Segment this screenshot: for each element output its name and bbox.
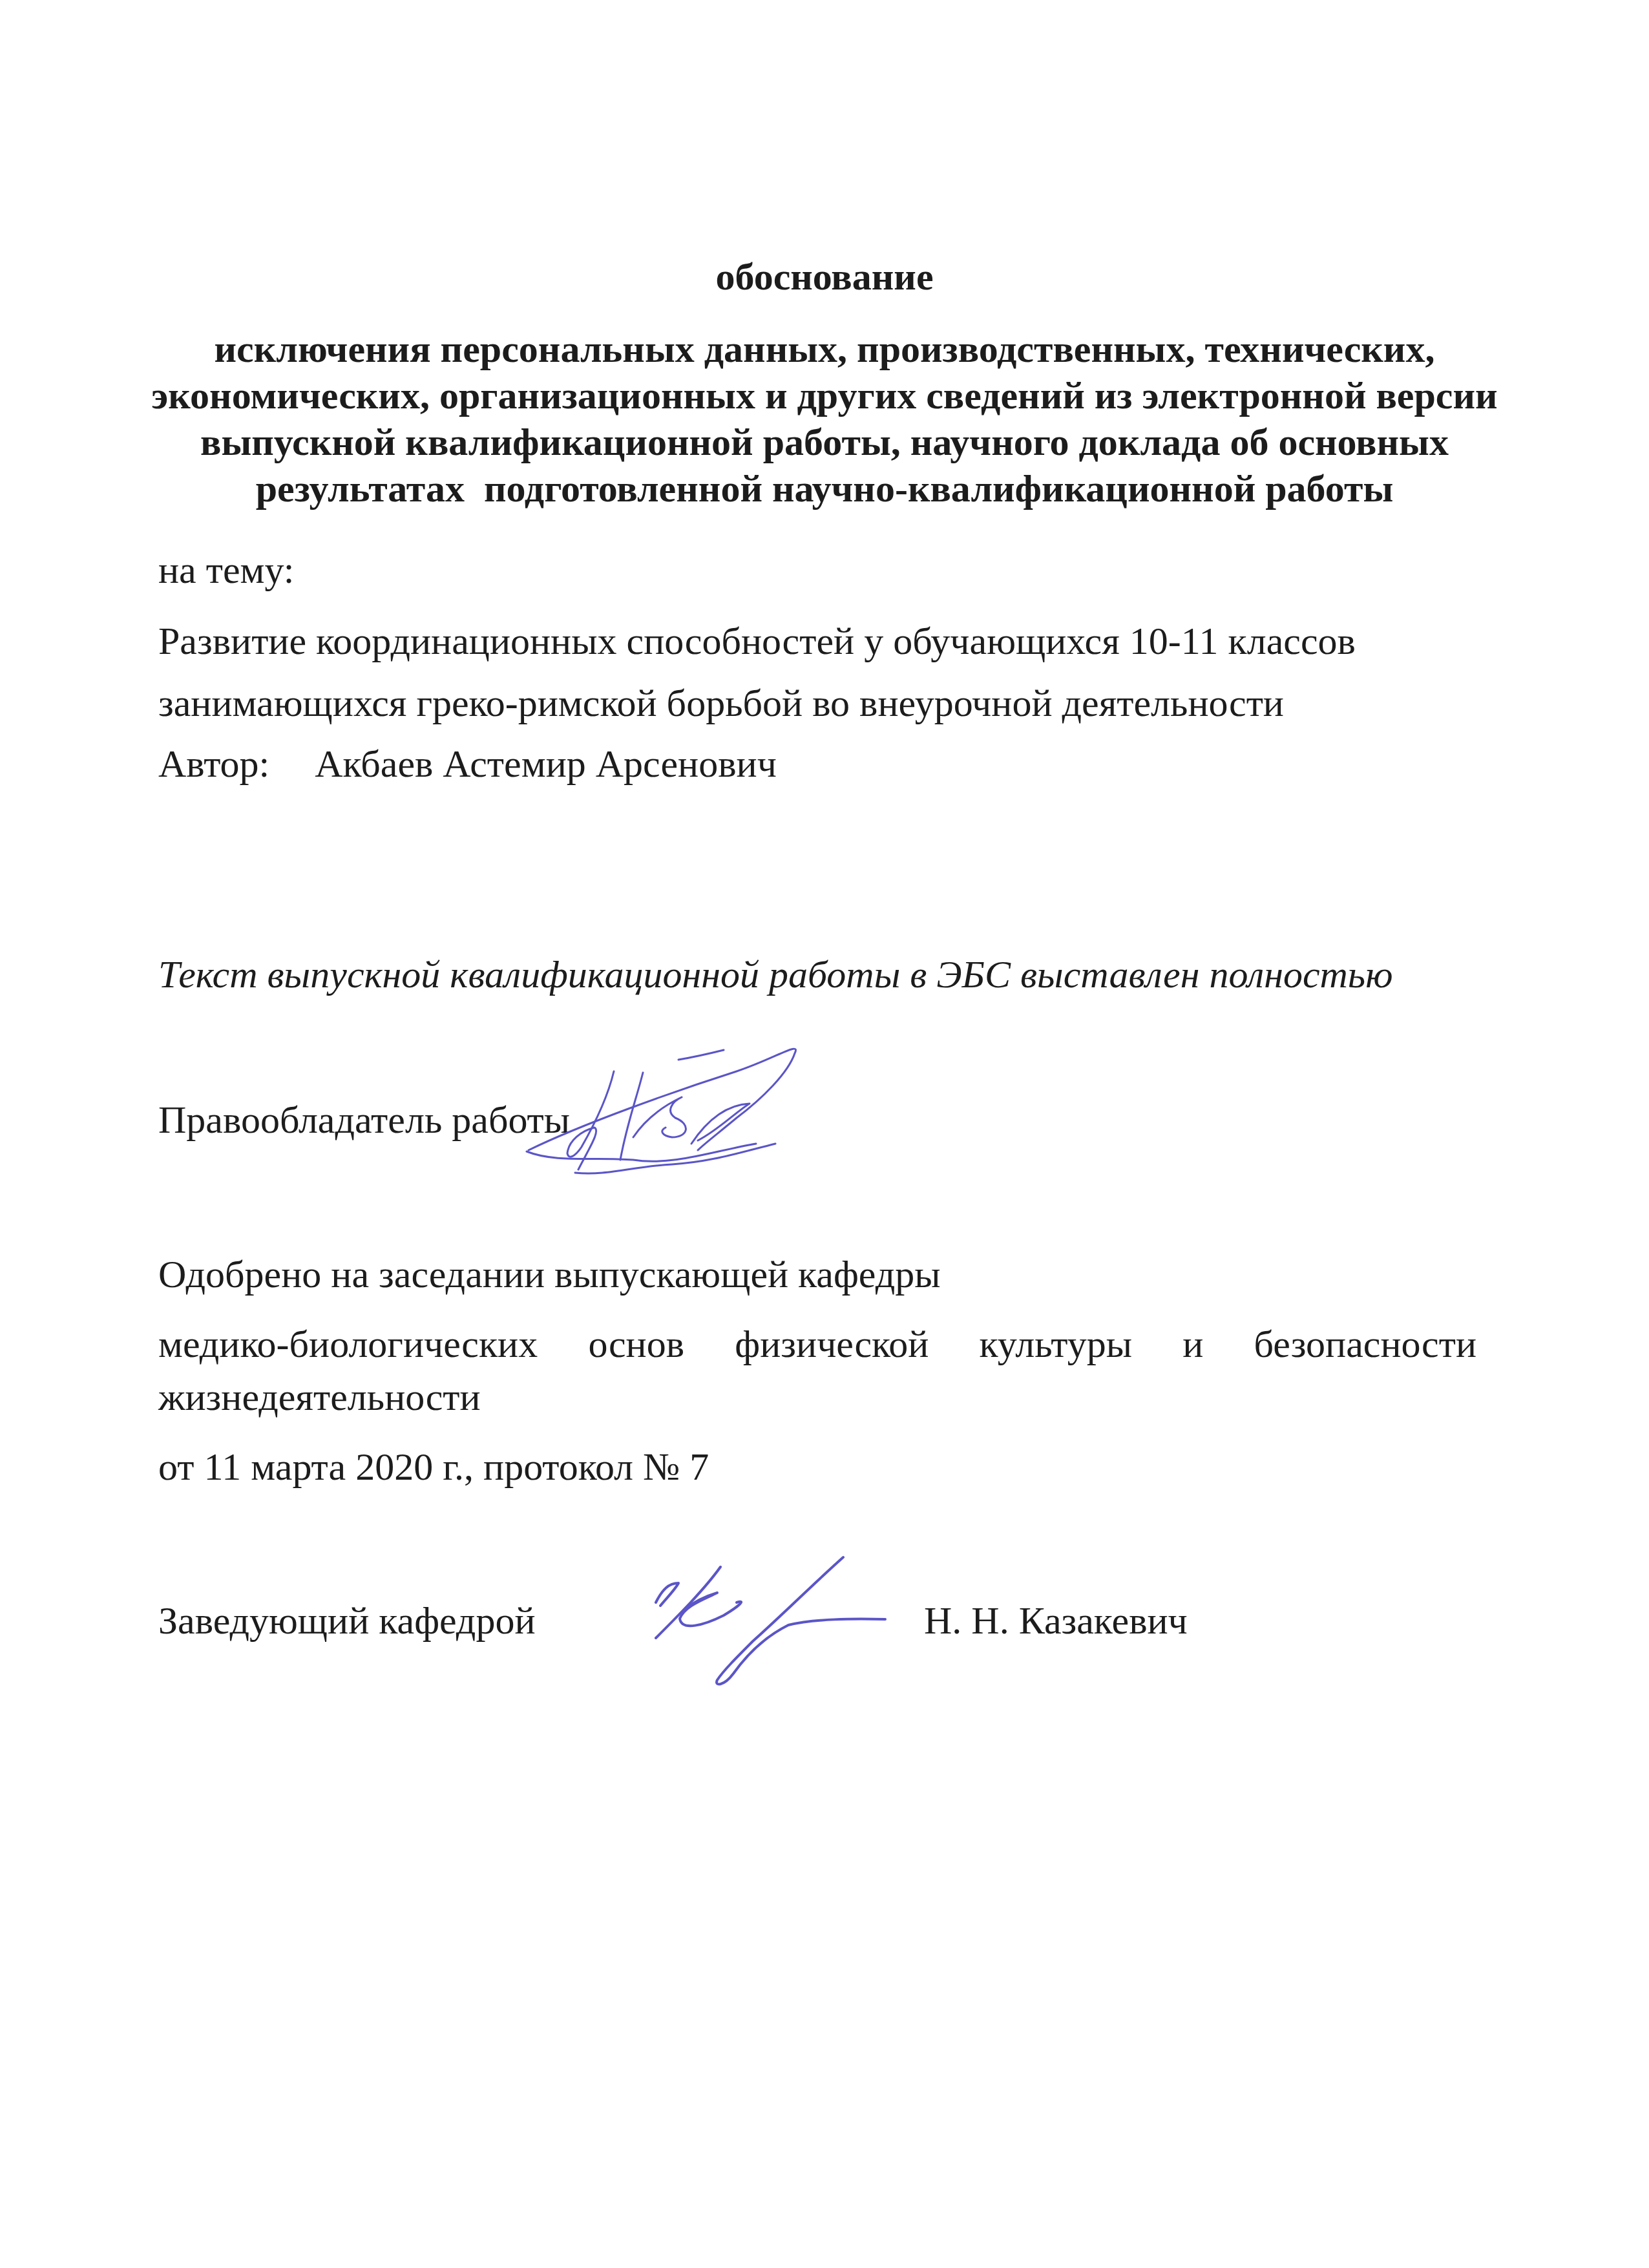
heading-line-4: результатах подготовленной научно-квалиф… — [0, 469, 1649, 508]
heading-line-3: выпускной квалификационной работы, научн… — [0, 423, 1649, 461]
topic-line-1: Развитие координационных способностей у … — [158, 622, 1356, 660]
head-of-department-name: Н. Н. Казакевич — [924, 1601, 1188, 1640]
document-page: обоснование исключения персональных данн… — [0, 0, 1649, 2268]
signature-head-icon — [582, 1486, 905, 1712]
signature-rights-holder-icon — [504, 1021, 827, 1215]
document-title: обоснование — [0, 257, 1649, 296]
author-name: Акбаев Астемир Арсенович — [315, 742, 777, 785]
approval-line: Одобрено на заседании выпускающей кафедр… — [158, 1255, 941, 1294]
approval-date-protocol: от 11 марта 2020 г., протокол № 7 — [158, 1447, 709, 1486]
heading-line-2: экономических, организационных и других … — [0, 376, 1649, 415]
head-of-department-label: Заведующий кафедрой — [158, 1601, 536, 1640]
author-label: Автор: — [158, 742, 269, 785]
author-row: Автор: Акбаев Астемир Арсенович — [158, 744, 777, 783]
topic-label: на тему: — [158, 551, 294, 589]
publication-statement: Текст выпускной квалификационной работы … — [158, 955, 1392, 994]
department-line-2: жизнедеятельности — [158, 1378, 481, 1416]
department-line-1: медико-биологических основ физической ку… — [158, 1325, 1476, 1363]
heading-line-1: исключения персональных данных, производ… — [0, 330, 1649, 368]
topic-line-2: занимающихся греко-римской борьбой во вн… — [158, 684, 1284, 722]
